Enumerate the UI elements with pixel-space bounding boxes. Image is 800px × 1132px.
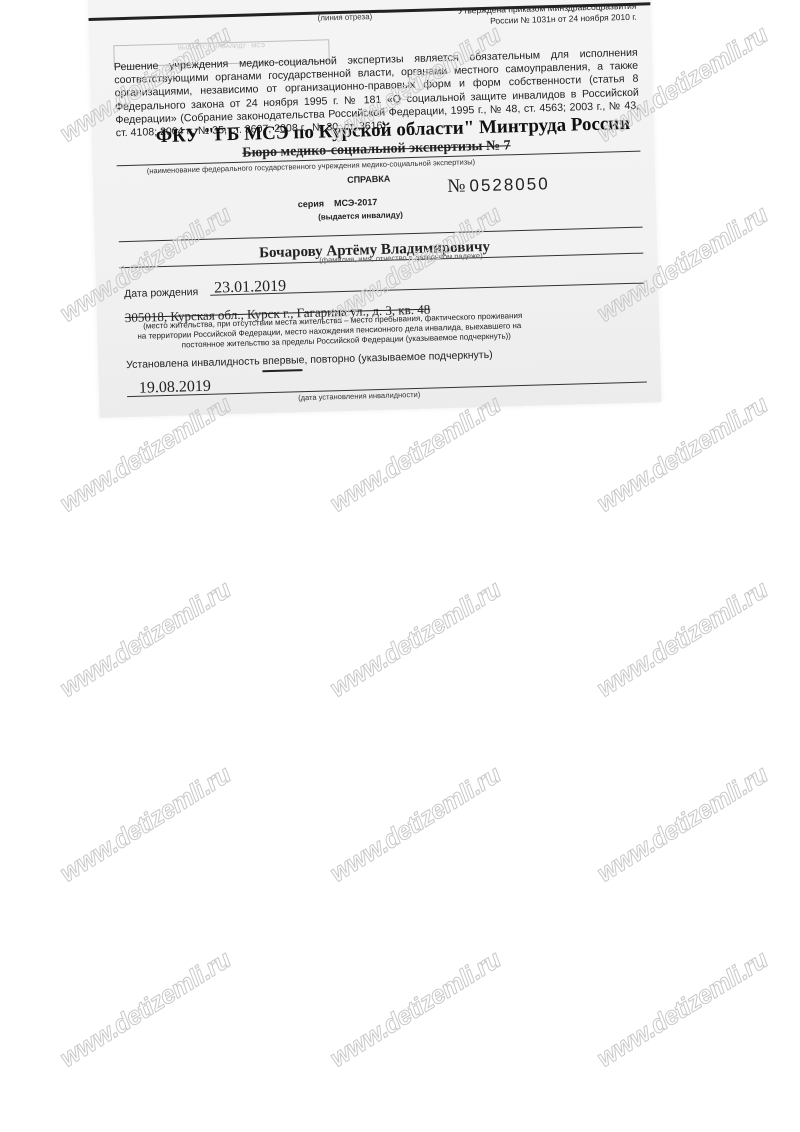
watermark-text: www.detizemli.ru bbox=[592, 945, 773, 1073]
watermark-text: www.detizemli.ru bbox=[325, 390, 506, 518]
watermark-text: www.detizemli.ru bbox=[55, 20, 236, 148]
watermark-text: www.detizemli.ru bbox=[592, 200, 773, 328]
watermark-text: www.detizemli.ru bbox=[55, 945, 236, 1073]
watermark-text: www.detizemli.ru bbox=[592, 390, 773, 518]
watermark-text: www.detizemli.ru bbox=[55, 200, 236, 328]
watermark-text: www.detizemli.ru bbox=[325, 20, 506, 148]
watermark-text: www.detizemli.ru bbox=[55, 575, 236, 703]
watermark-text: www.detizemli.ru bbox=[592, 20, 773, 148]
watermark-text: www.detizemli.ru bbox=[325, 200, 506, 328]
watermark-text: www.detizemli.ru bbox=[325, 945, 506, 1073]
watermark-text: www.detizemli.ru bbox=[325, 760, 506, 888]
watermark-text: www.detizemli.ru bbox=[592, 575, 773, 703]
watermark-layer: www.detizemli.ruwww.detizemli.ruwww.deti… bbox=[0, 0, 800, 1132]
watermark-text: www.detizemli.ru bbox=[55, 760, 236, 888]
watermark-text: www.detizemli.ru bbox=[55, 390, 236, 518]
watermark-text: www.detizemli.ru bbox=[592, 760, 773, 888]
watermark-text: www.detizemli.ru bbox=[325, 575, 506, 703]
